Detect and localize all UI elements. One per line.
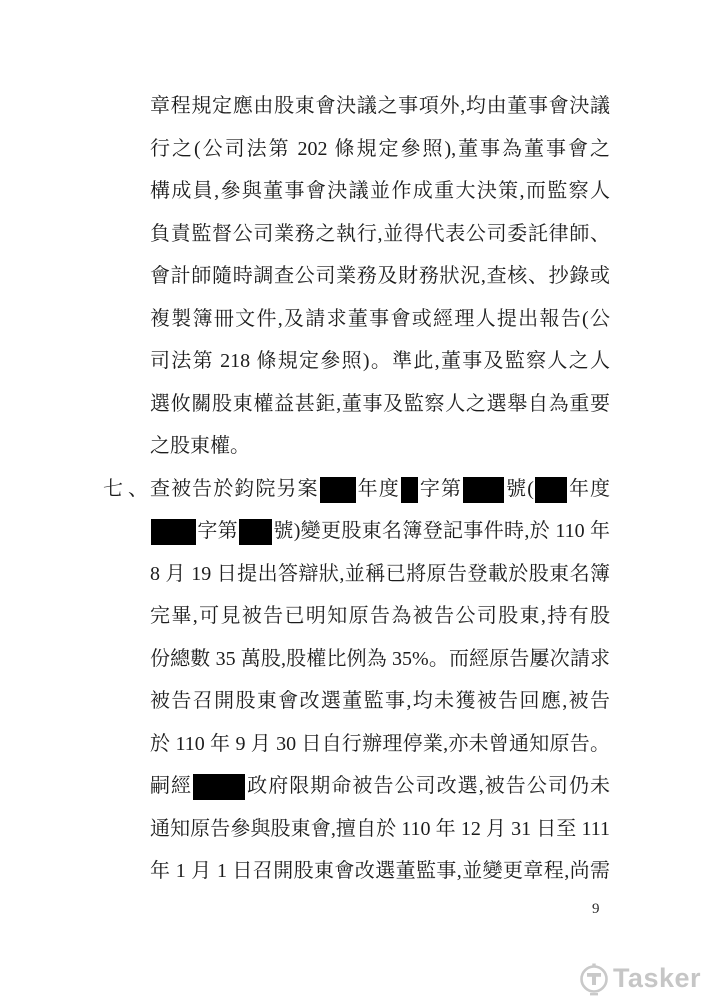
page-number: 9 xyxy=(592,901,600,918)
text-line: 行之(公司法第 202 條規定參照),董事為董事會之 xyxy=(150,128,610,171)
redaction-box xyxy=(320,477,356,503)
text-run: 行之(公司法第 202 條規定參照),董事為董事會之 xyxy=(150,138,610,160)
text-run: 司法第 218 條規定參照)。準此,董事及監察人之人 xyxy=(150,350,610,372)
text-line: 之股東權。 xyxy=(150,425,610,468)
document-body: 章程規定應由股東會決議之事項外,均由董事會決議行之(公司法第 202 條規定參照… xyxy=(150,85,610,893)
text-run: 年度 xyxy=(568,478,610,500)
text-run: 查被告於鈞院另案 xyxy=(150,478,319,500)
text-line: 通知原告參與股東會,擅自於 110 年 12 月 31 日至 111 xyxy=(150,808,610,851)
text-run: 嗣經 xyxy=(150,775,192,797)
text-line: 章程規定應由股東會決議之事項外,均由董事會決議 xyxy=(150,85,610,128)
text-line: 會計師隨時調查公司業務及財務狀況,查核、抄錄或 xyxy=(150,255,610,298)
text-line: 字第號)變更股東名簿登記事件時,於 110 年 xyxy=(150,510,610,553)
redaction-box xyxy=(401,477,418,503)
text-run: 字第 xyxy=(419,478,462,500)
text-run: 字第 xyxy=(197,520,238,542)
text-run: 複製簿冊文件,及請求董事會或經理人提出報告(公 xyxy=(150,308,610,330)
text-run: 號)變更股東名簿登記事件時,於 110 年 xyxy=(273,520,610,542)
text-run: 通知原告參與股東會,擅自於 110 年 12 月 31 日至 111 xyxy=(150,818,610,840)
text-run: 政府限期命被告公司改選,被告公司仍未 xyxy=(246,775,610,797)
text-run: 之股東權。 xyxy=(150,435,250,457)
text-run: 負責監督公司業務之執行,並得代表公司委託律師、 xyxy=(150,223,610,245)
text-line: 8 月 19 日提出答辯狀,並稱已將原告登載於股東名簿 xyxy=(150,553,610,596)
document-page: 章程規定應由股東會決議之事項外,均由董事會決議行之(公司法第 202 條規定參照… xyxy=(0,0,706,1000)
text-line: 完畢,可見被告已明知原告為被告公司股東,持有股 xyxy=(150,595,610,638)
text-run: 章程規定應由股東會決議之事項外,均由董事會決議 xyxy=(150,95,610,117)
watermark: Tasker xyxy=(577,958,701,998)
redaction-box xyxy=(151,519,196,545)
text-line: 於 110 年 9 月 30 日自行辦理停業,亦未曾通知原告。 xyxy=(150,723,610,766)
text-run: 完畢,可見被告已明知原告為被告公司股東,持有股 xyxy=(150,605,610,627)
redaction-box xyxy=(535,477,567,503)
text-line: 嗣經政府限期命被告公司改選,被告公司仍未 xyxy=(150,765,610,808)
list-item-marker: 七、 xyxy=(103,468,150,511)
text-run: 選攸關股東權益甚鉅,董事及監察人之選舉自為重要 xyxy=(150,393,610,415)
tasker-logo-icon xyxy=(577,958,611,998)
redaction-box xyxy=(193,774,245,800)
text-run: 份總數 35 萬股,股權比例為 35%。而經原告屢次請求 xyxy=(150,648,610,670)
text-run: 會計師隨時調查公司業務及財務狀況,查核、抄錄或 xyxy=(150,265,610,287)
text-line: 年 1 月 1 日召開股東會改選董監事,並變更章程,尚需 xyxy=(150,850,610,893)
text-run: 於 110 年 9 月 30 日自行辦理停業,亦未曾通知原告。 xyxy=(150,733,610,755)
text-run: 年 1 月 1 日召開股東會改選董監事,並變更章程,尚需 xyxy=(150,860,610,882)
text-line: 司法第 218 條規定參照)。準此,董事及監察人之人 xyxy=(150,340,610,383)
text-line: 構成員,參與董事會決議並作成重大決策,而監察人 xyxy=(150,170,610,213)
text-run: 被告召開股東會改選董監事,均未獲被告回應,被告 xyxy=(150,690,610,712)
text-run: 號( xyxy=(505,478,534,500)
watermark-brand-text: Tasker xyxy=(613,963,701,994)
text-line: 七、查被告於鈞院另案年度字第號(年度 xyxy=(150,468,610,511)
text-line: 複製簿冊文件,及請求董事會或經理人提出報告(公 xyxy=(150,298,610,341)
text-run: 構成員,參與董事會決議並作成重大決策,而監察人 xyxy=(150,180,610,202)
redaction-box xyxy=(463,477,504,503)
text-line: 選攸關股東權益甚鉅,董事及監察人之選舉自為重要 xyxy=(150,383,610,426)
text-run: 年度 xyxy=(357,478,400,500)
text-line: 份總數 35 萬股,股權比例為 35%。而經原告屢次請求 xyxy=(150,638,610,681)
redaction-box xyxy=(239,519,272,545)
text-run: 8 月 19 日提出答辯狀,並稱已將原告登載於股東名簿 xyxy=(150,563,610,585)
text-line: 被告召開股東會改選董監事,均未獲被告回應,被告 xyxy=(150,680,610,723)
text-line: 負責監督公司業務之執行,並得代表公司委託律師、 xyxy=(150,213,610,256)
